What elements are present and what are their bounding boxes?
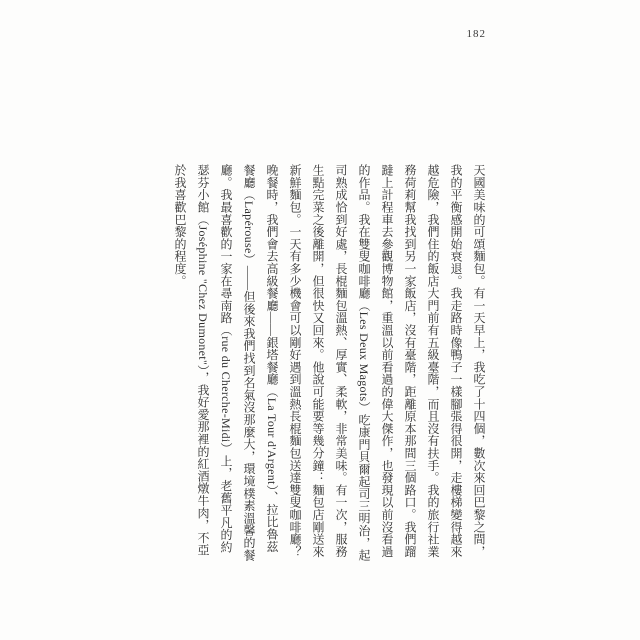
- text-column: 務荷莉幫我找到另一家飯店，沒有臺階，距離原本那間三個路口。我們蹓: [398, 164, 421, 576]
- text-column: 瑟芬小館（Joséphine "Chez Dumonet"），我好愛那裡的紅酒燉…: [191, 164, 214, 576]
- text-column: 我的平衡感開始衰退。我走路時像鴨子一樣腳張得很開，走樓梯變得越來: [444, 164, 467, 576]
- text-column: 餐廳（Lapérouse）——但後來我們找到名氣沒那麼大，環境樸素溫馨的餐: [237, 164, 260, 576]
- text-column: 廳。我最喜歡的一家在尋南路（rue du Cherche-Midi）上，老舊平凡…: [214, 164, 237, 576]
- text-column: 於我喜歡巴黎的程度。: [168, 164, 191, 576]
- text-column: 司熟成恰到好處，長棍麵包溫熱、厚實、柔軟，非常美味。有一次，服務: [329, 164, 352, 576]
- text-column: 越危險，我們住的飯店大門前有五級臺階，而且沒有扶手。我的旅行社業: [421, 164, 444, 576]
- text-column: 天國美味的可頌麵包。有一天早上，我吃了十四個，數次來回巴黎之間，: [467, 164, 490, 576]
- text-column: 晚餐時，我們會去高級餐廳——銀塔餐廳（La Tour d'Argent）、拉比魯…: [260, 164, 283, 576]
- text-column: 躂上計程車去參觀博物館，重溫以前看過的偉大傑作，也發現以前沒看過: [375, 164, 398, 576]
- page-number: 182: [467, 28, 487, 40]
- text-column: 生點完菜之後離開，但很快又回來。他說可能要等幾分鐘：麵包店剛送來: [306, 164, 329, 576]
- body-text-block: 天國美味的可頌麵包。有一天早上，我吃了十四個，數次來回巴黎之間， 我的平衡感開始…: [168, 164, 490, 576]
- book-page: 182 天國美味的可頌麵包。有一天早上，我吃了十四個，數次來回巴黎之間， 我的平…: [0, 0, 640, 640]
- text-column: 的作品。我在雙叟咖啡廳（Les Deux Magots）吃康門貝爾起司三明治，起: [352, 164, 375, 576]
- text-column: 新鮮麵包。一天有多少機會可以剛好遇到溫熱長棍麵包送達雙叟咖啡廳？: [283, 164, 306, 576]
